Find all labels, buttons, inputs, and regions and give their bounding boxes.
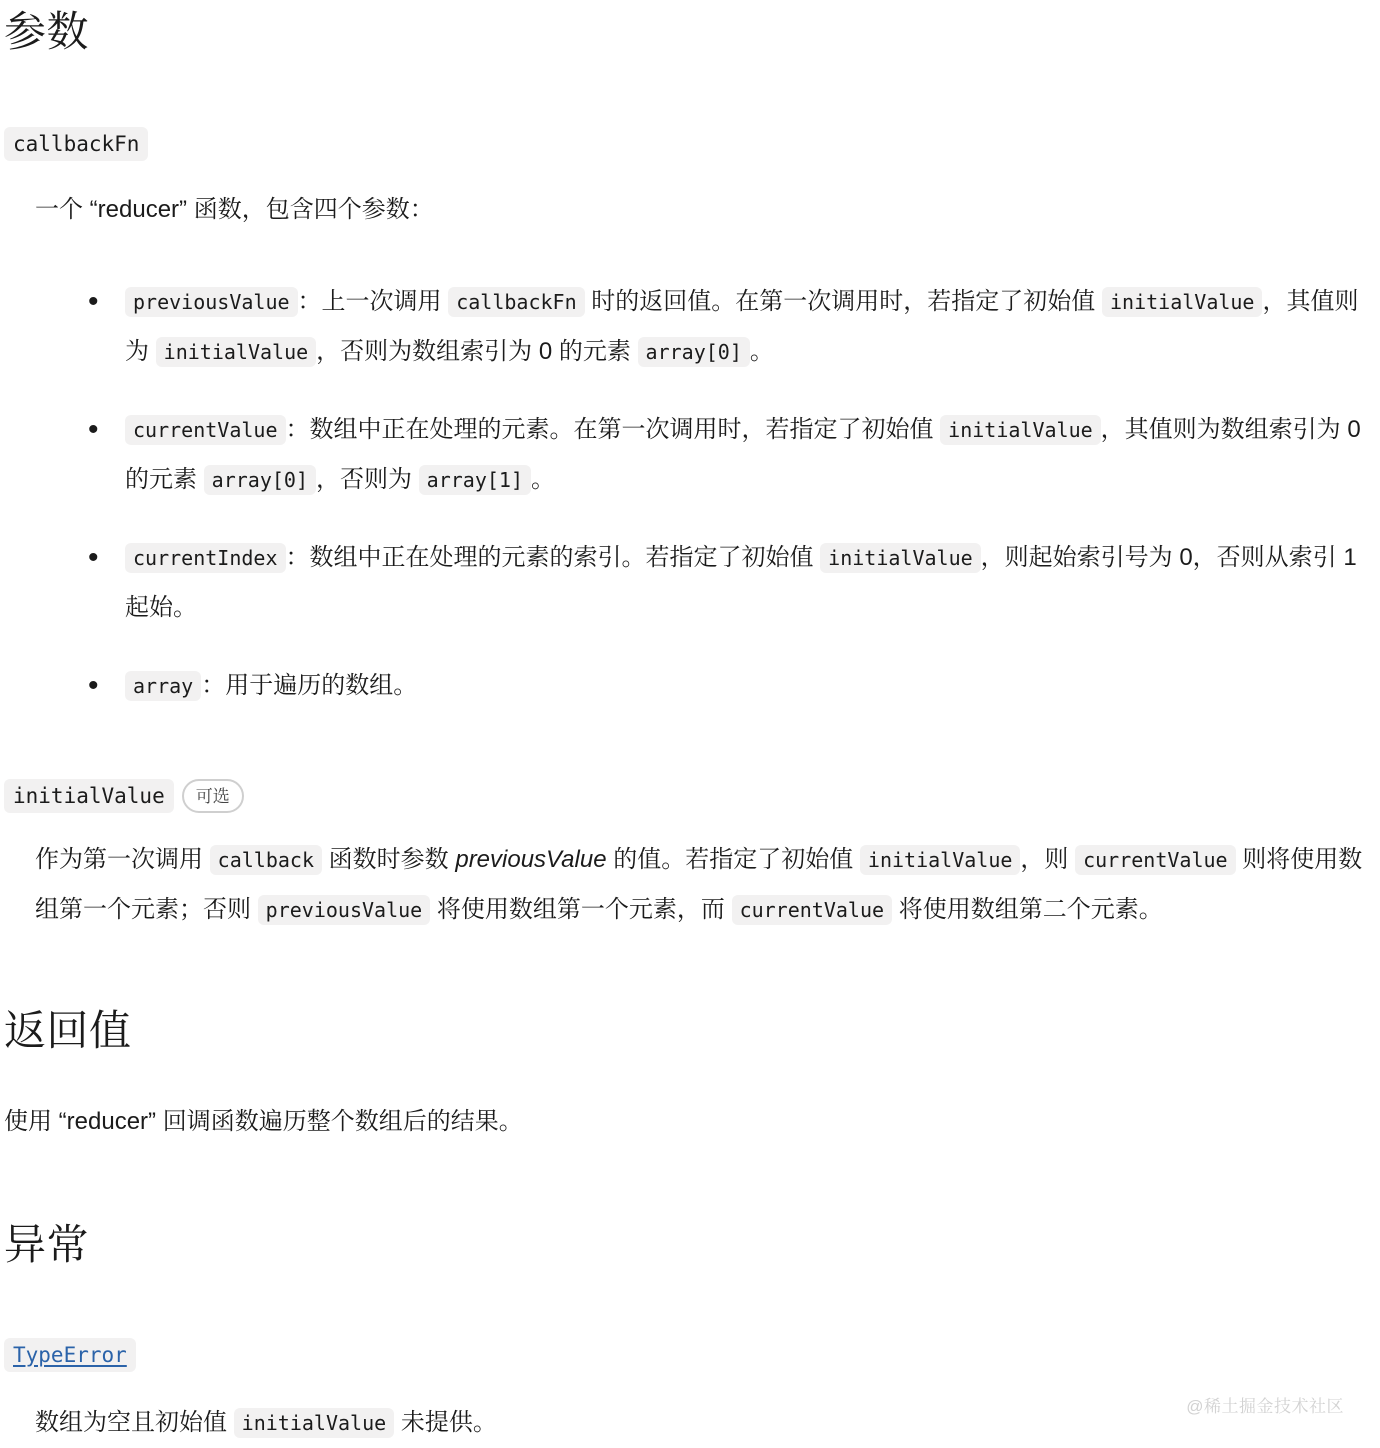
callbackfn-intro: 一个 “reducer” 函数，包含四个参数： xyxy=(35,185,1370,235)
watermark: @稀土掘金技术社区 xyxy=(1186,1392,1344,1417)
optional-badge: 可选 xyxy=(182,779,244,813)
inline-code: array[0] xyxy=(638,337,750,367)
inline-code: currentValue xyxy=(1075,845,1236,875)
inline-code: initialValue xyxy=(156,337,317,367)
param-term-initialvalue: initialValue可选 xyxy=(4,779,1370,813)
exceptions-heading: 异常 xyxy=(4,1219,1370,1272)
param-desc-initialvalue: 作为第一次调用 callback 函数时参数 previousValue 的值。… xyxy=(35,835,1370,935)
return-value-description: 使用 “reducer” 回调函数遍历整个数组后的结果。 xyxy=(4,1097,1370,1147)
inline-code: initialValue xyxy=(940,415,1101,445)
param-desc-callbackfn: 一个 “reducer” 函数，包含四个参数： previousValue：上一… xyxy=(35,185,1370,711)
inline-code: callback xyxy=(210,845,322,875)
inline-code: initialValue xyxy=(234,1408,395,1438)
doc-content: 参数 callbackFn 一个 “reducer” 函数，包含四个参数： pr… xyxy=(0,0,1380,1448)
inline-code: initialValue xyxy=(860,845,1021,875)
exceptions-list: TypeError 数组为空且初始值 initialValue 未提供。 xyxy=(4,1338,1370,1448)
typeerror-code-badge: TypeError xyxy=(4,1338,136,1372)
param-item-previousvalue: previousValue：上一次调用 callbackFn 时的返回值。在第一… xyxy=(88,277,1370,377)
param-item-array: array：用于遍历的数组。 xyxy=(88,661,1370,711)
initialvalue-description: 作为第一次调用 callback 函数时参数 previousValue 的值。… xyxy=(35,835,1370,935)
typeerror-description: 数组为空且初始值 initialValue 未提供。 xyxy=(35,1398,1370,1448)
inline-code: currentValue xyxy=(125,415,286,445)
parameters-heading: 参数 xyxy=(4,6,1370,59)
callbackfn-args-list: previousValue：上一次调用 callbackFn 时的返回值。在第一… xyxy=(88,277,1370,711)
typeerror-link[interactable]: TypeError xyxy=(13,1343,127,1367)
inline-code: previousValue xyxy=(258,895,431,925)
callbackfn-code-badge: callbackFn xyxy=(4,127,148,161)
exception-desc-typeerror: 数组为空且初始值 initialValue 未提供。 xyxy=(35,1398,1370,1448)
return-value-heading: 返回值 xyxy=(4,1005,1370,1058)
inline-code: previousValue xyxy=(125,287,298,317)
inline-code: currentValue xyxy=(732,895,893,925)
exception-term-typeerror: TypeError xyxy=(4,1338,1370,1372)
inline-code: initialValue xyxy=(1102,287,1263,317)
inline-code: initialValue xyxy=(820,543,981,573)
param-item-currentvalue: currentValue：数组中正在处理的元素。在第一次调用时，若指定了初始值 … xyxy=(88,405,1370,505)
initialvalue-code-badge: initialValue xyxy=(4,779,174,813)
param-item-currentindex: currentIndex：数组中正在处理的元素的索引。若指定了初始值 initi… xyxy=(88,533,1370,633)
inline-code: array[1] xyxy=(419,465,531,495)
inline-code: array[0] xyxy=(204,465,316,495)
inline-code: callbackFn xyxy=(448,287,584,317)
italic-term: previousValue xyxy=(455,846,606,873)
parameters-list: callbackFn 一个 “reducer” 函数，包含四个参数： previ… xyxy=(4,127,1370,935)
param-term-callbackfn: callbackFn xyxy=(4,127,1370,161)
inline-code: currentIndex xyxy=(125,543,286,573)
inline-code: array xyxy=(125,671,201,701)
